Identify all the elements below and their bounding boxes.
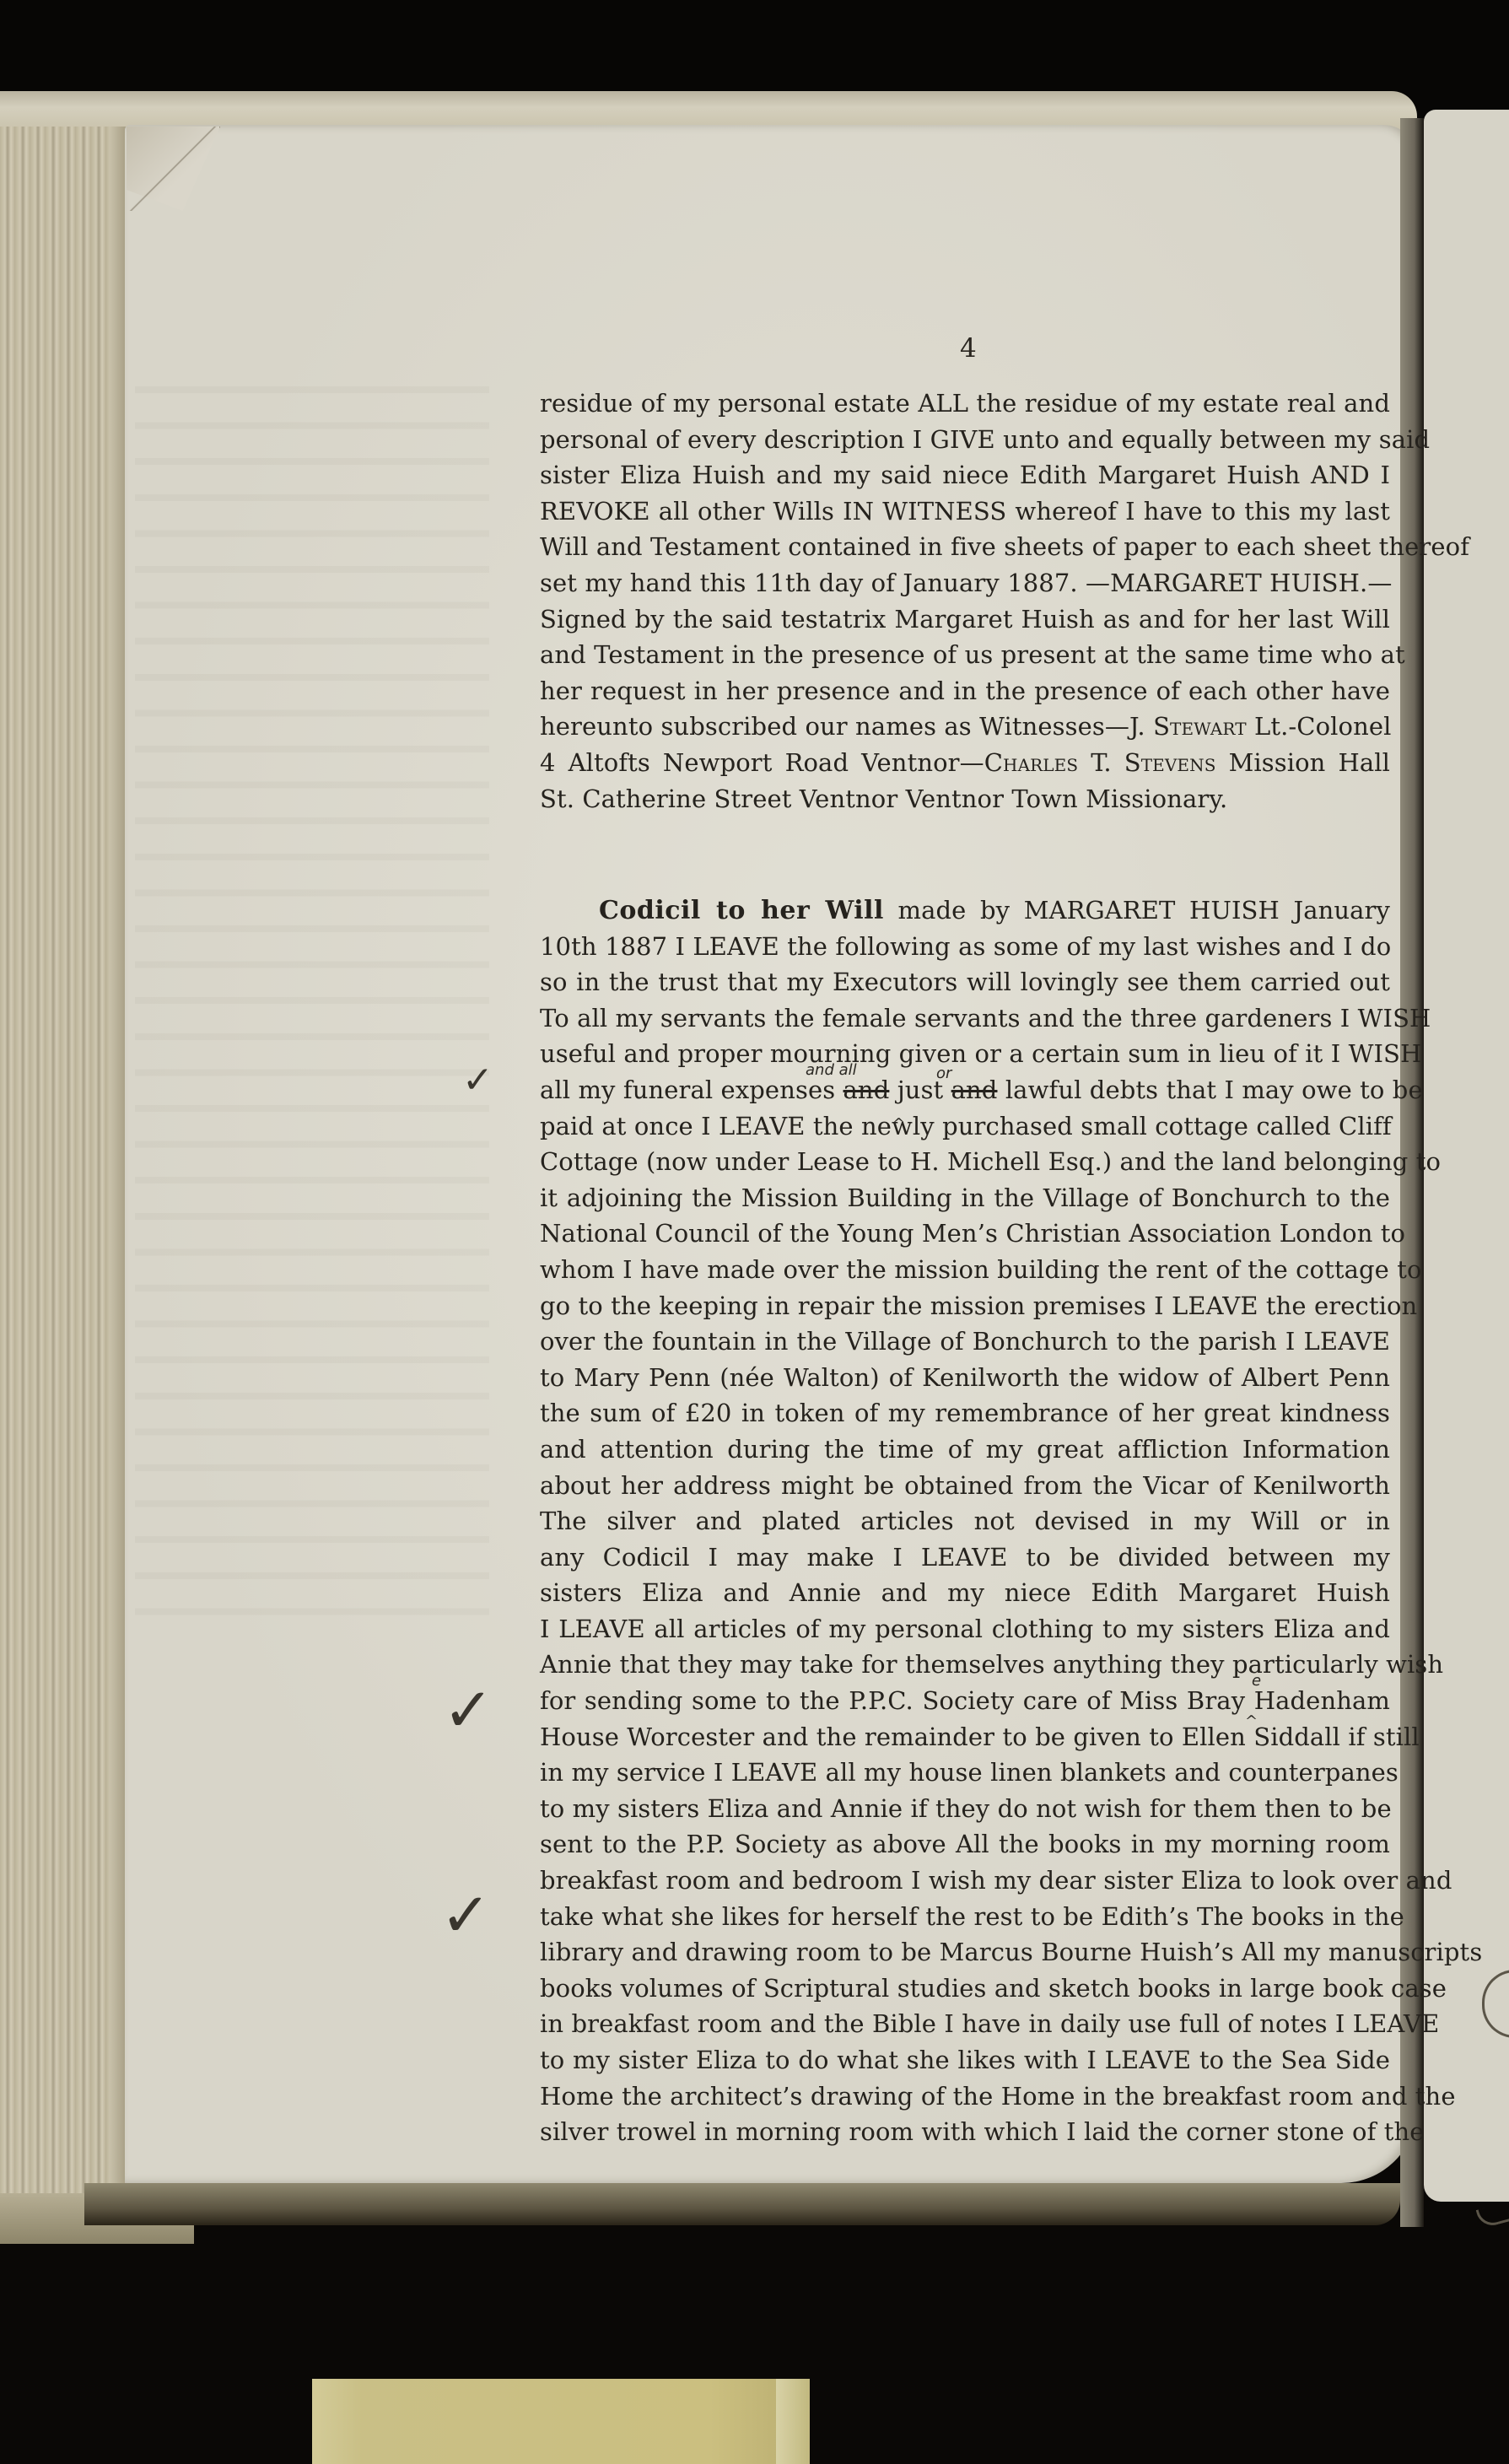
text-line: Home the architect’s drawing of the Home… — [540, 2078, 1390, 2115]
check-mark-icon: ✓ — [443, 1674, 493, 1745]
check-mark-icon: ✓ — [440, 1879, 491, 1950]
struck-word: and — [951, 1076, 998, 1104]
witness-name: Charles — [984, 748, 1078, 777]
yellow-paper-tab-edge — [776, 2379, 810, 2464]
text-line: silver trowel in morning room with which… — [540, 2114, 1390, 2150]
text-line: in breakfast room and the Bible I have i… — [540, 2006, 1390, 2042]
page-bottom-edge — [84, 2183, 1400, 2225]
text-line: sent to the P.P. Society as above All th… — [540, 1826, 1390, 1863]
text-line: breakfast room and bedroom I wish my dea… — [540, 1863, 1390, 1899]
handwritten-insertion: and all — [806, 1061, 857, 1079]
check-mark-icon: ✓ — [462, 1059, 493, 1102]
witness-line: 4 Altofts Newport Road Ventnor—Charles T… — [540, 745, 1390, 781]
text-line: to my sisters Eliza and Annie if they do… — [540, 1791, 1390, 1827]
text-fragment: hereunto subscribed our names as Witness… — [540, 712, 1145, 741]
text-line: To all my servants the female servants a… — [540, 1000, 1390, 1037]
facing-page-handwritten-mark — [1476, 2203, 1509, 2229]
insertion-caret-icon: ^ — [1245, 1712, 1258, 1730]
text-line: paid at once I LEAVE the newly purchased… — [540, 1108, 1390, 1145]
text-line: St. Catherine Street Ventnor Ventnor Tow… — [540, 781, 1390, 817]
text-line: it adjoining the Mission Building in the… — [540, 1180, 1390, 1216]
text-line: personal of every description I GIVE unt… — [540, 422, 1390, 458]
text-fragment: lawful debts that I may owe to be — [1005, 1076, 1423, 1104]
codicil-heading: Codicil to her Will — [599, 896, 884, 925]
codicil-heading-line: Codicil to her Will made by MARGARET HUI… — [540, 892, 1390, 929]
signature-line: set my hand this 11th day of January 188… — [540, 565, 1390, 601]
codicil-text-block: Codicil to her Will made by MARGARET HUI… — [540, 892, 1390, 2150]
text-line: and Testament in the presence of us pres… — [540, 637, 1390, 673]
text-line: REVOKE all other Wills IN WITNESS whereo… — [540, 493, 1390, 530]
page-number: 4 — [960, 333, 977, 364]
text-line: books volumes of Scriptural studies and … — [540, 1971, 1390, 2007]
text-line: her request in her presence and in the p… — [540, 673, 1390, 709]
text-fragment: Mission Hall — [1229, 748, 1390, 777]
text-line: Signed by the said testatrix Margaret Hu… — [540, 601, 1390, 638]
handwritten-insertion: e — [1252, 1672, 1261, 1690]
text-fragment: 4 Altofts Newport Road Ventnor— — [540, 748, 984, 777]
text-line: 10th 1887 I LEAVE the following as some … — [540, 929, 1390, 965]
text-line: sister Eliza Huish and my said niece Edi… — [540, 457, 1390, 493]
witness-name: Stevens — [1124, 748, 1216, 777]
text-line: to Mary Penn (née Walton) of Kenilworth … — [540, 1360, 1390, 1396]
text-line: take what she likes for herself the rest… — [540, 1899, 1390, 1935]
text-line: Will and Testament contained in five she… — [540, 529, 1390, 565]
text-line: library and drawing room to be Marcus Bo… — [540, 1934, 1390, 1971]
struck-word: and — [843, 1076, 890, 1104]
text-line: residue of my personal estate ALL the re… — [540, 386, 1390, 422]
text-line: House Worcester and the remainder to be … — [540, 1719, 1390, 1755]
folded-corner-crease — [127, 127, 219, 211]
yellow-paper-tab — [312, 2379, 810, 2464]
amended-text-line: all my funeral expenses and just and law… — [540, 1072, 1390, 1108]
text-line: whom I have made over the mission buildi… — [540, 1252, 1390, 1288]
text-line: in my service I LEAVE all my house linen… — [540, 1755, 1390, 1791]
text-line: to my sister Eliza to do what she likes … — [540, 2042, 1390, 2078]
text-line: I LEAVE all articles of my personal clot… — [540, 1611, 1390, 1647]
text-line: the sum of £20 in token of my remembranc… — [540, 1395, 1390, 1431]
text-line: for sending some to the P.P.C. Society c… — [540, 1683, 1390, 1719]
insertion-caret-icon: ^ — [892, 1115, 905, 1133]
text-line: useful and proper mourning given or a ce… — [540, 1036, 1390, 1072]
text-line: so in the trust that my Executors will l… — [540, 964, 1390, 1000]
handwritten-insertion: or — [936, 1065, 951, 1082]
text-line: about her address might be obtained from… — [540, 1468, 1390, 1504]
will-text-block: residue of my personal estate ALL the re… — [540, 386, 1390, 817]
text-fragment: T. — [1091, 748, 1112, 777]
text-line: Annie that they may take for themselves … — [540, 1647, 1390, 1683]
text-line: any Codicil I may make I LEAVE to be div… — [540, 1539, 1390, 1576]
text-line: The silver and plated articles not devis… — [540, 1503, 1390, 1539]
text-line: go to the keeping in repair the mission … — [540, 1288, 1390, 1324]
text-line: over the fountain in the Village of Bonc… — [540, 1324, 1390, 1360]
witness-line: hereunto subscribed our names as Witness… — [540, 709, 1390, 745]
text-line: sisters Eliza and Annie and my niece Edi… — [540, 1575, 1390, 1611]
scanned-page-image: 4 residue of my personal estate ALL the … — [0, 0, 1509, 2464]
text-line: and attention during the time of my grea… — [540, 1431, 1390, 1468]
text-line: Cottage (now under Lease to H. Michell E… — [540, 1144, 1390, 1180]
witness-name: Stewart — [1153, 712, 1247, 741]
text-fragment: all my funeral expenses — [540, 1076, 835, 1104]
text-fragment: Lt.-Colonel — [1254, 712, 1392, 741]
text-fragment: made by MARGARET HUISH January — [898, 896, 1391, 925]
bleed-through-text — [135, 363, 489, 1628]
text-line: National Council of the Young Men’s Chri… — [540, 1216, 1390, 1252]
